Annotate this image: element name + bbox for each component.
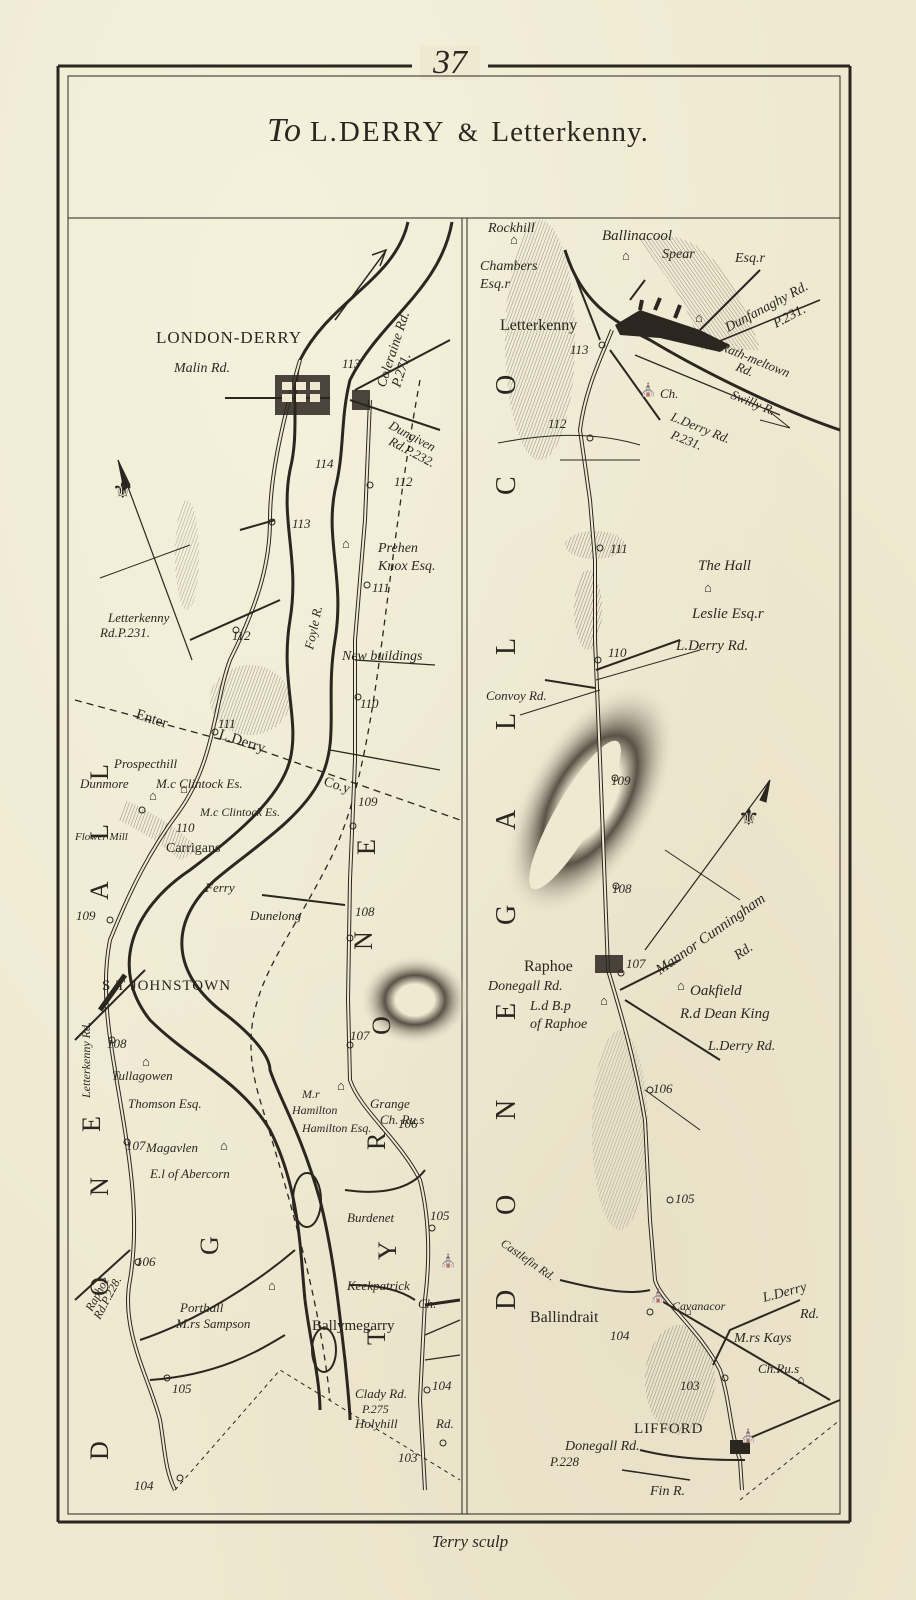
seat-abercorn: E.l of Abercorn xyxy=(149,1166,230,1181)
town-new-buildings: New buildings xyxy=(341,649,423,664)
house-icon: ⌂ xyxy=(695,310,703,325)
town-londonderry: LONDON-DERRY xyxy=(156,328,302,347)
church-icon: ⛪ xyxy=(740,1427,756,1443)
county-letter: O xyxy=(85,1277,114,1296)
county-letter: N xyxy=(349,931,378,950)
seat-dean-king: R.d Dean King xyxy=(679,1006,770,1022)
road-label-donegall-2-page: P.228 xyxy=(549,1454,580,1469)
milepost: 105 xyxy=(430,1208,450,1223)
milepost: 112 xyxy=(394,474,413,489)
seat-hamilton-1: Hamilton xyxy=(291,1103,337,1117)
road-label-holyhill: Holyhill xyxy=(354,1416,398,1431)
milepost: 109 xyxy=(611,773,631,788)
milepost: 108 xyxy=(612,881,632,896)
seat-cavanacor: Cavanacor xyxy=(672,1299,726,1313)
seat-prehen: Prehen xyxy=(377,541,418,556)
county-letter: O xyxy=(367,1016,396,1035)
seat-mcclintock: M.c Clintock Es. xyxy=(155,776,243,791)
seat-chambers-esq: Esq.r xyxy=(479,277,511,292)
road-label-lderry-3: L.Derry Rd. xyxy=(707,1039,775,1054)
seat-mr: M.r xyxy=(301,1087,320,1101)
seat-church-rector: Ch.Ru.s xyxy=(758,1361,799,1376)
svg-text:⚜: ⚜ xyxy=(738,805,760,831)
seat-chambers: Chambers xyxy=(480,259,538,274)
seat-ballinacool: Ballinacool xyxy=(602,228,672,244)
house-icon: ⌂ xyxy=(268,1278,276,1293)
house-icon: ⌂ xyxy=(677,978,685,993)
londonderry-town xyxy=(275,375,370,415)
milepost: 112 xyxy=(548,416,567,431)
milepost: 113 xyxy=(570,342,589,357)
house-icon: ⌂ xyxy=(342,536,350,551)
milepost: 105 xyxy=(675,1191,695,1206)
seat-burdenet: Burdenet xyxy=(347,1210,395,1225)
milepost: 112 xyxy=(232,628,251,643)
milepost: 114 xyxy=(315,456,334,471)
town-lifford: LIFFORD xyxy=(634,1421,704,1437)
milepost: 110 xyxy=(360,696,379,711)
road-label-convoy: Convoy Rd. xyxy=(486,688,547,703)
county-letter: O xyxy=(491,375,522,395)
seat-spear-esq: Esq.r xyxy=(734,251,766,266)
road-label-letterkenny-vertical: Letterkenny Rd. xyxy=(79,1022,93,1099)
town-st-johnstown: S.T JOHNSTOWN xyxy=(102,978,231,994)
seat-keekpatrick: Keekpatrick xyxy=(346,1278,410,1293)
milepost: 109 xyxy=(358,794,378,809)
county-letter: Y xyxy=(373,1241,402,1260)
county-letter: A xyxy=(491,809,522,830)
road-label-lderry-4-rd: Rd. xyxy=(799,1307,819,1322)
county-name-donegall-left: D O N E G A L L xyxy=(77,764,224,1460)
seat-porthall: Porthall xyxy=(179,1300,224,1315)
milepost: 111 xyxy=(372,580,390,595)
boundary-label-enter: Enter xyxy=(134,707,170,732)
house-icon: ⌂ xyxy=(142,1054,150,1069)
milepost: 104 xyxy=(610,1328,630,1343)
seat-tullagowen: Tullagowen xyxy=(112,1068,173,1083)
road-label-clady-page: P.275 xyxy=(361,1402,389,1416)
county-letter: D xyxy=(491,1290,522,1310)
town-raphoe: Raphoe xyxy=(524,958,573,975)
left-strip: ⚜ xyxy=(75,220,470,1490)
county-letter: L xyxy=(491,713,522,730)
county-letter: L xyxy=(85,764,114,780)
milepost: 110 xyxy=(176,820,195,835)
milepost: 105 xyxy=(172,1381,192,1396)
county-letter: D xyxy=(85,1441,114,1460)
house-icon: ⌂ xyxy=(220,1138,228,1153)
county-letter: E xyxy=(77,1116,106,1132)
town-ballindrait: Ballindrait xyxy=(530,1309,599,1326)
milepost: 113 xyxy=(342,356,361,371)
road-label-lderry-4: L.Derry xyxy=(760,1280,809,1307)
milepost: 103 xyxy=(680,1378,700,1393)
milepost: 107 xyxy=(626,956,646,971)
church-icon: ⛪ xyxy=(440,1252,456,1268)
county-letter: G xyxy=(491,905,522,925)
svg-text:⚜: ⚜ xyxy=(112,478,134,504)
right-strip: ⚜ xyxy=(469,220,840,1500)
road-label-holyhill-rd: Rd. xyxy=(435,1416,454,1431)
river-label-swilly: Swilly R. xyxy=(729,387,777,418)
milepost: 104 xyxy=(134,1478,154,1493)
seat-spear: Spear xyxy=(662,247,695,262)
seat-oakfield: Oakfield xyxy=(690,983,742,999)
road-label-letterkenny: Letterkenny xyxy=(107,610,170,625)
label-ferry: Ferry xyxy=(204,880,235,895)
house-icons: ⌂ ⌂ ⌂ ⛪ ⌂ ⌂ ⌂ ⛪ ⌂ ⌂ ⛪ ⌂ ⌂ ⌂ ⌂ ⌂ ⌂ ⌂ ⛪ xyxy=(142,232,805,1443)
county-letter: N xyxy=(85,1177,114,1196)
town-carrigans: Carrigans xyxy=(166,841,220,856)
milepost: 103 xyxy=(398,1450,418,1465)
road-label-lderry-2: L.Derry Rd. xyxy=(675,638,748,654)
seat-magavlen: Magavlen xyxy=(145,1140,198,1155)
road-label-donegall-1: Donegall Rd. xyxy=(487,979,563,994)
seat-bishop-1: L.d B.p xyxy=(529,999,571,1014)
milepost: 111 xyxy=(610,541,628,556)
house-icon: ⌂ xyxy=(600,993,608,1008)
county-letter: N xyxy=(491,1100,522,1120)
milepost: 108 xyxy=(107,1036,127,1051)
seat-thomson: Thomson Esq. xyxy=(128,1096,202,1111)
milepost: 106 xyxy=(653,1081,673,1096)
road-label-manor-cunningham: Mannor Cunningham xyxy=(652,891,768,979)
milepost: 111 xyxy=(218,716,236,731)
church-icon: ⛪ xyxy=(650,1287,666,1303)
seat-rockhill: Rockhill xyxy=(487,221,535,236)
seat-prospecthill: Prospecthill xyxy=(113,756,177,771)
compass-north-arrow-right: ⚜ xyxy=(645,780,770,950)
county-letter: G xyxy=(195,1236,224,1255)
county-letter: E xyxy=(352,839,381,855)
church-icon: ⛪ xyxy=(640,381,656,397)
seat-hamilton-2: Hamilton Esq. xyxy=(301,1121,371,1135)
county-letter: E xyxy=(491,1003,522,1020)
road-label-clady: Clady Rd. xyxy=(355,1386,407,1401)
county-letter: L xyxy=(85,824,114,840)
seat-the-hall: The Hall xyxy=(698,558,751,574)
road-label-malin: Malin Rd. xyxy=(173,361,230,376)
river-label-foyle: Foyle R. xyxy=(301,604,325,651)
seat-keekpatrick-church: Ch. xyxy=(418,1296,436,1311)
county-letter: T xyxy=(362,1329,391,1345)
milepost: 107 xyxy=(126,1138,146,1153)
road-strip-map: ⚜ xyxy=(0,0,916,1600)
county-letter: A xyxy=(85,881,114,900)
seat-leslie: Leslie Esq.r xyxy=(691,606,764,622)
seat-bishop-2: of Raphoe xyxy=(530,1017,587,1032)
milepost: 113 xyxy=(292,516,311,531)
boundary-label-county: Co.y xyxy=(322,775,352,798)
road-letterkenny-lifford xyxy=(580,330,742,1490)
county-letter: C xyxy=(491,476,522,495)
town-dunelong: Dunelong xyxy=(249,908,302,923)
house-icon: ⌂ xyxy=(622,248,630,263)
house-icon: ⌂ xyxy=(704,580,712,595)
seat-knox: Knox Esq. xyxy=(377,559,436,574)
milepost: 106 xyxy=(136,1254,156,1269)
road-label-donegall-2: Donegall Rd. xyxy=(564,1439,640,1454)
seat-church: Ch. xyxy=(660,386,678,401)
town-letterkenny: Letterkenny xyxy=(500,317,577,334)
milepost: 110 xyxy=(608,645,627,660)
milepost: 108 xyxy=(355,904,375,919)
road-label-manor-cunningham-rd: Rd. xyxy=(731,940,756,964)
seat-sampson: M.rs Sampson xyxy=(175,1316,250,1331)
seat-mcclintock-2: M.c Clintock Es. xyxy=(199,805,280,819)
county-letter: L xyxy=(491,638,522,655)
milepost: 109 xyxy=(76,908,96,923)
river-flow-arrow xyxy=(335,252,385,320)
milepost: 104 xyxy=(432,1378,452,1393)
county-letter: R xyxy=(362,1132,391,1150)
river-foyle xyxy=(250,220,350,345)
road-label-castlefin: Castlefin Rd. xyxy=(498,1236,557,1283)
county-letter: O xyxy=(491,1195,522,1215)
road-label-letterkenny-page: Rd.P.231. xyxy=(99,625,150,640)
milepost: 106 xyxy=(398,1116,418,1131)
river-label-fin: Fin R. xyxy=(649,1484,685,1499)
house-icon: ⌂ xyxy=(337,1078,345,1093)
seat-grange: Grange xyxy=(370,1096,410,1111)
seat-mrs-kays: M.rs Kays xyxy=(733,1331,792,1346)
